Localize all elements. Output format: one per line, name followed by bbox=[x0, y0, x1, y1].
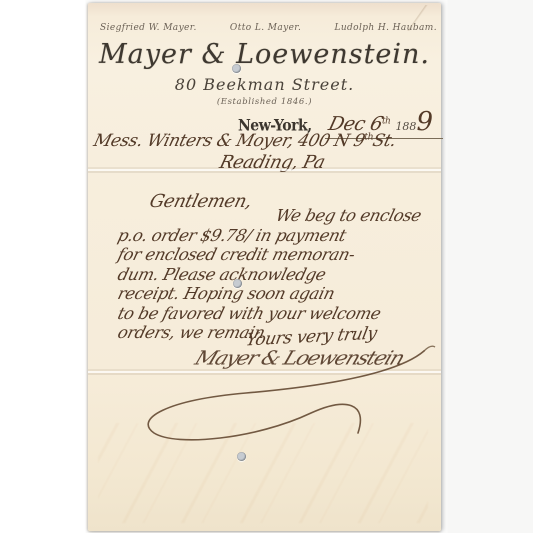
partner-name-1: Siegfried W. Mayer. bbox=[100, 23, 197, 33]
partner-name-3: Ludolph H. Haubam. bbox=[334, 23, 437, 33]
recipient-line-1-end: St. bbox=[371, 131, 399, 151]
letter-body: We beg to enclose p.o. order $9.78/ in p… bbox=[118, 206, 435, 343]
body-line: to be favored with your welcome bbox=[118, 304, 435, 324]
recipient-line-2: Reading, Pa bbox=[220, 152, 324, 173]
body-line: dum. Please acknowledge bbox=[118, 265, 435, 285]
body-line: for enclosed credit memoran- bbox=[118, 245, 435, 265]
photo-background: Siegfried W. Mayer. Otto L. Mayer. Ludol… bbox=[0, 0, 533, 533]
body-line-text: p.o. order $9.78/ in payment bbox=[116, 226, 348, 246]
punch-hole bbox=[237, 452, 246, 461]
letter-paper: Siegfried W. Mayer. Otto L. Mayer. Ludol… bbox=[88, 3, 441, 531]
ink-show-through bbox=[98, 423, 428, 523]
recipient-line-2-text: Reading, Pa bbox=[217, 152, 327, 173]
year-handwritten: 9 bbox=[416, 107, 432, 137]
street-address: 80 Beekman Street. bbox=[88, 75, 441, 94]
body-line: p.o. order $9.78/ in payment bbox=[118, 226, 435, 246]
body-line: We beg to enclose bbox=[118, 206, 435, 226]
body-line-text: dum. Please acknowledge bbox=[116, 265, 328, 285]
punch-hole bbox=[232, 64, 241, 73]
body-line-text: receipt. Hoping soon again bbox=[116, 284, 337, 304]
letterhead-partners: Siegfried W. Mayer. Otto L. Mayer. Ludol… bbox=[100, 23, 437, 33]
body-line: receipt. Hoping soon again bbox=[118, 284, 435, 304]
year-printed: 188 bbox=[395, 120, 416, 133]
body-line-text: to be favored with your welcome bbox=[116, 304, 383, 324]
fold-crease-bottom bbox=[88, 369, 441, 377]
company-name: Mayer & Loewenstein. bbox=[88, 39, 441, 70]
signature: Mayer & Loewenstein bbox=[192, 347, 407, 369]
recipient-line-1-text: Mess. Winters & Moyer, 400 N 9 bbox=[92, 131, 367, 151]
body-line-text: We beg to enclose bbox=[274, 206, 424, 226]
punch-hole bbox=[233, 279, 242, 288]
partner-name-2: Otto L. Mayer. bbox=[230, 23, 301, 33]
recipient-line-1: Mess. Winters & Moyer, 400 N 9th St. bbox=[94, 131, 396, 151]
established-line: (Established 1846.) bbox=[88, 97, 441, 107]
body-line-text: orders, we remain bbox=[116, 323, 267, 343]
body-line-text: for enclosed credit memoran- bbox=[116, 245, 357, 265]
